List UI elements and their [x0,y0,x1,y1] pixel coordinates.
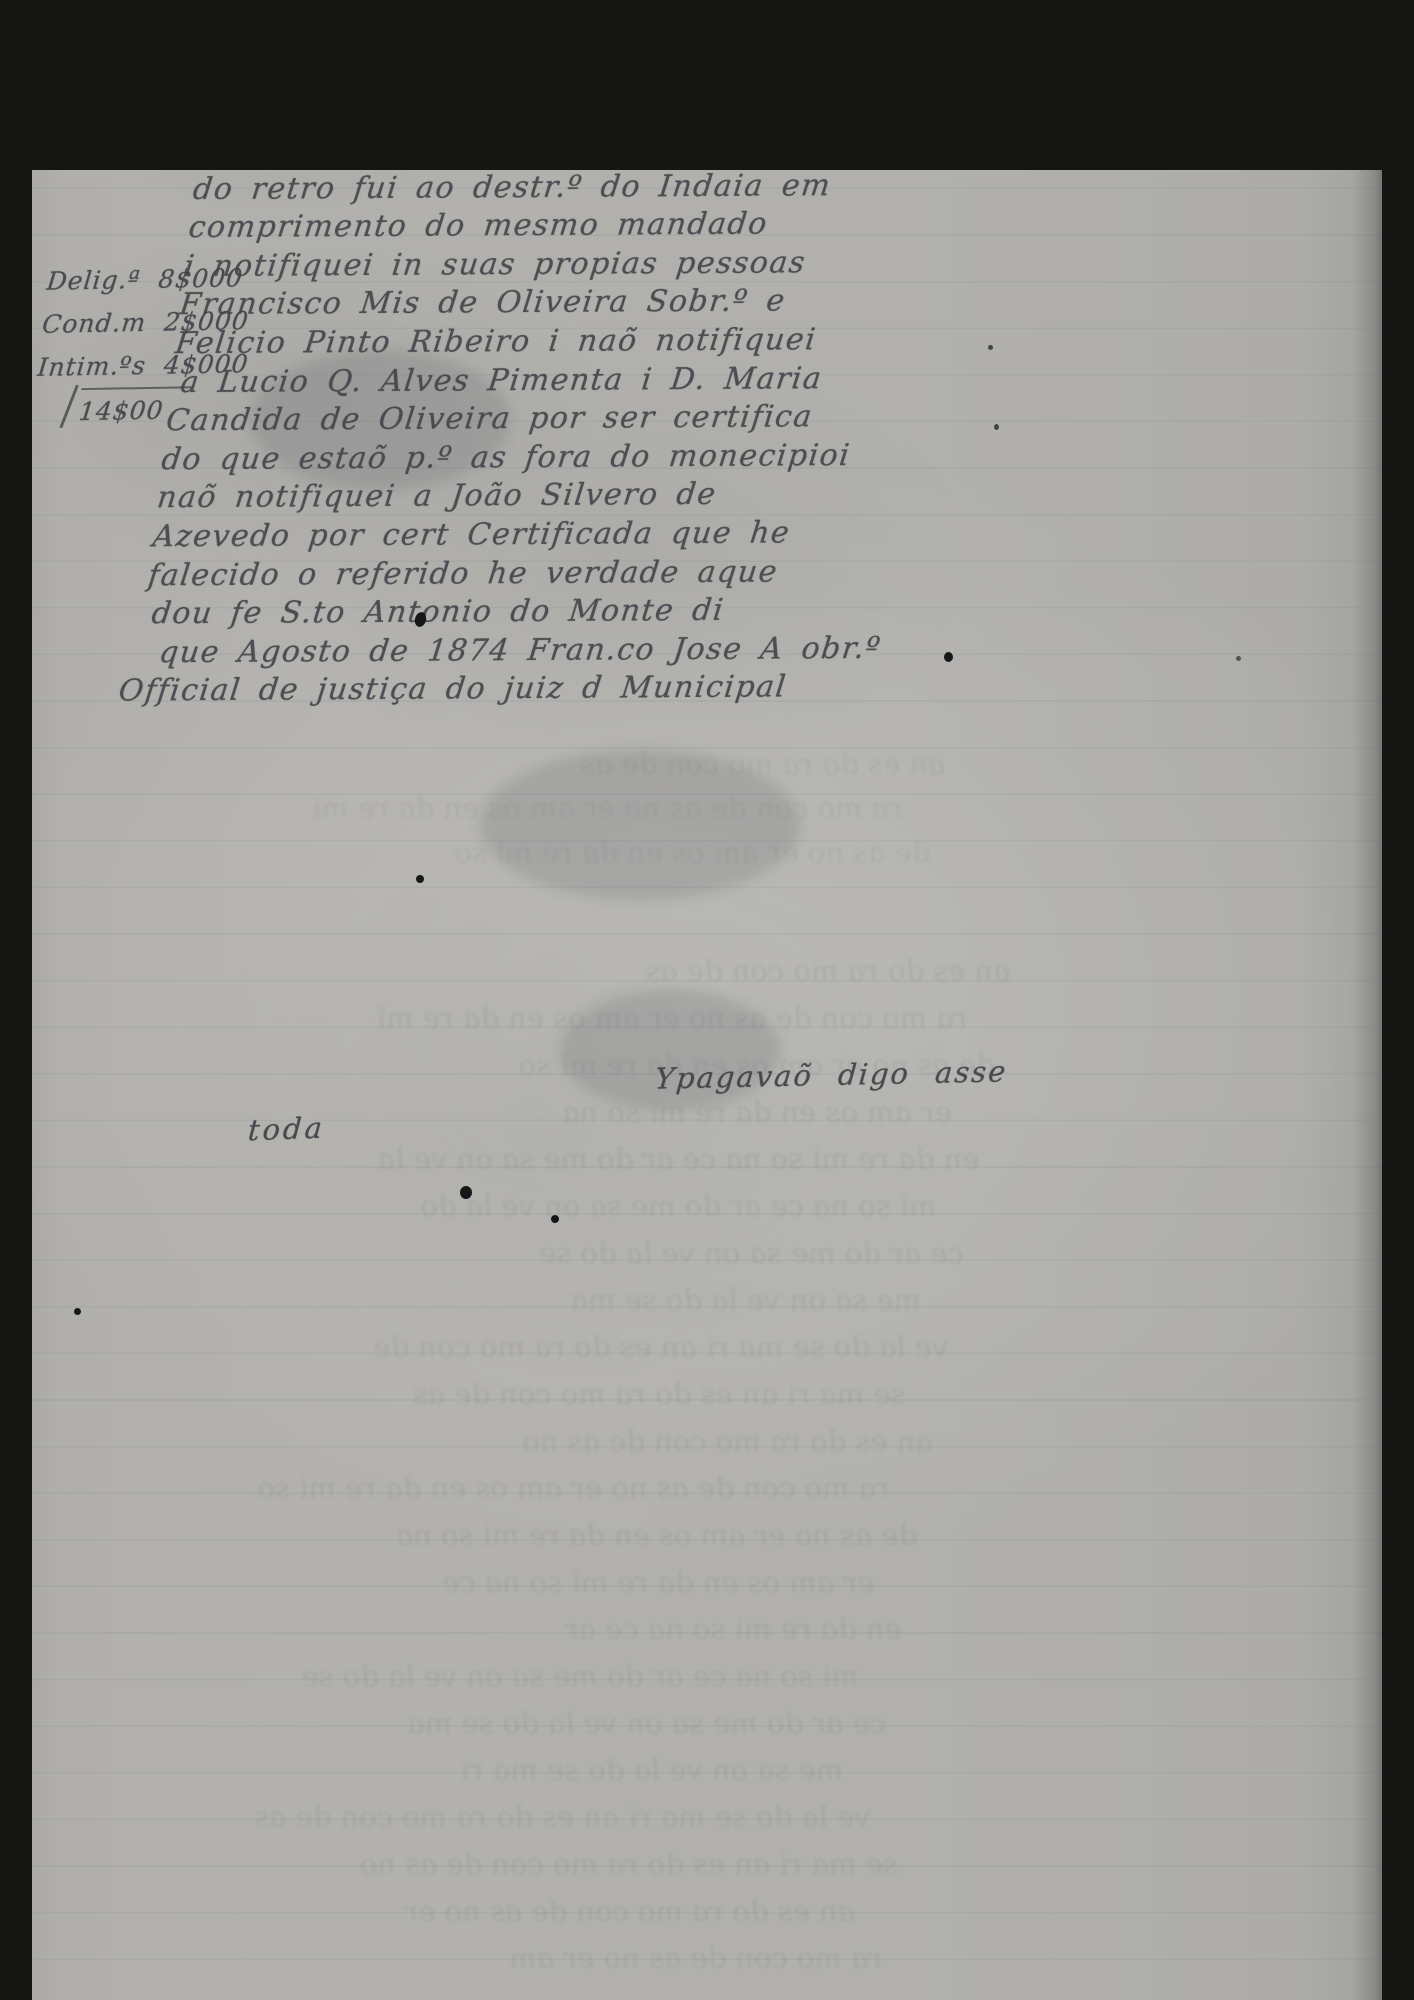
bleedthrough-line: an es do ra mo con de as no [230,1418,936,1465]
postscript-line: toda [247,1111,326,1148]
bleedthrough-line: er am os en da re mi so na ce [213,1559,878,1606]
bleedthrough-line: ce ar do me sa on ve la do se [253,1230,967,1277]
certificate-text-block: Certifico que in vertude do mandado retr… [132,127,970,711]
torn-top-edge [0,0,1414,170]
bleedthrough-line: ra mo con de as no er am os en da re mi [257,786,905,830]
bleedthrough-text: an es do ra mo con de asra mo con de as … [167,948,1014,1982]
bleedthrough-line: mi so na ce ar do me sa on ve la do se [201,1653,862,1700]
ink-blot [551,1215,559,1223]
ink-speck [988,345,993,350]
ink-blot [74,1308,81,1315]
manuscript-line: comprimento do mesmo mandado [186,205,960,248]
bleedthrough-line: en da re mi so na ce ar [207,1606,905,1653]
bleedthrough-line: er am os en da re mi so na [270,1089,955,1136]
manuscript-line: que Agosto de 1874 Fran.co Jose A obr.º [157,629,911,672]
bleedthrough-line: se ma ri an es do ra mo con de as [236,1371,909,1418]
manuscript-line: Candida de Oliveira por ser certifica [164,398,938,441]
scanned-manuscript-page: an es do ra mo con de asra mo con de as … [0,0,1414,2000]
manuscript-line: naõ notifiquei a João Silvero de [155,475,929,518]
manuscript-line: falecido o referido he verdade aque [146,552,920,595]
ink-speck [1236,656,1241,661]
manuscript-line: i notifiquei in suas propias pessoas [182,243,956,286]
adjacent-page-edge-shadow [1352,0,1384,2000]
bleedthrough-text: an es do ra mo con de asra mo con de as … [252,742,948,874]
manuscript-line: do que estaõ p.º as fora do monecipioi [159,436,933,479]
ink-speck [994,424,999,430]
bleedthrough-line: an es do ra mo con de as [263,742,948,786]
tally-slash-mark [59,385,78,428]
ink-blot [416,875,424,883]
manuscript-line: a Lucio Q. Alves Pimenta i D. Maria [178,359,942,402]
margin-entry-label: Delig.ª [45,258,143,303]
bleedthrough-line: ve la do se ma ri an es do ra mo con de [242,1324,952,1371]
bleedthrough-line: me sa on ve la do se ma ri [190,1747,847,1794]
bleedthrough-line: ra mo con de as no er am os en da re mi … [224,1465,893,1512]
bleedthrough-line: an es do ra mo con de as no er [172,1888,858,1935]
scan-right-edge [1382,0,1414,2000]
bleedthrough-line: ra mo con de as no er am os en da re mi [282,995,971,1042]
manuscript-line: Francisco Mis de Oliveira Sobr.º e [177,282,951,325]
manuscript-line: Azevedo por cert Certificada que he [150,514,924,557]
manuscript-line: Felicio Pinto Ribeiro i naõ notifiquei [173,320,947,363]
bleedthrough-line: de as no er am os en da re mi so na [218,1512,920,1559]
manuscript-line: Official de justiça do juiz d Municipal [116,668,906,711]
ink-blot [944,652,953,662]
bleedthrough-line: en da re mi so na ce ar do me sa on ve l… [265,1136,983,1183]
manuscript-line: dou fe S.to Antonio do Monte di [149,591,915,634]
bleedthrough-line: ve la do se ma ri an es do ra mo con de … [184,1794,874,1841]
manuscript-line: do retro fui ao destr.º do Indaia em [191,166,965,209]
margin-entry-label: Cond.m [40,301,148,346]
scan-left-edge [0,0,32,2000]
bleedthrough-line: ce ar do me sa on ve la do se ma [195,1700,889,1747]
margin-total-amount: 14$00 [78,396,166,427]
bleedthrough-line: mi so na ce ar do me sa on ve la do [259,1183,940,1230]
ink-blot [460,1186,472,1199]
bleedthrough-line: an es do ra mo con de as [288,948,1014,995]
bleedthrough-line: se ma ri an es do ra mo con de as no [178,1841,901,1888]
bleedthrough-line: ra mo con de as no er am [167,1935,886,1982]
margin-entry-label: Intim.ºs [36,344,149,389]
bleedthrough-line: me sa on ve la do se ma [247,1277,924,1324]
bleedthrough-line: de as no er am os en da re mi so [252,830,933,874]
